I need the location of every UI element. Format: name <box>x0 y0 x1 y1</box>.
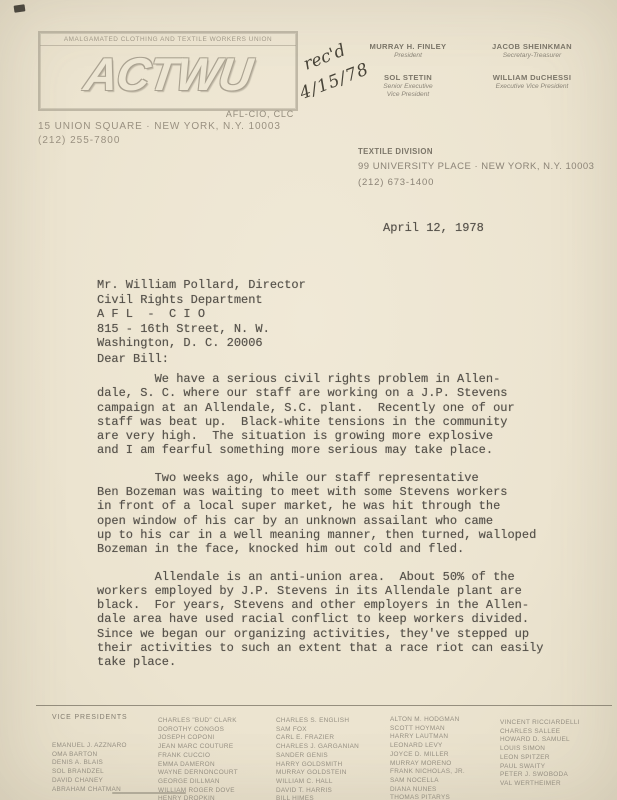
scan-speck <box>14 4 26 12</box>
vp-name: CHARLES J. GARGANIAN <box>276 743 388 752</box>
vp-name: SOL BRANDZEL <box>52 768 164 777</box>
officer-name: SOL STETIN <box>352 73 464 82</box>
vp-name: ABRAHAM CHATMAN <box>52 786 164 795</box>
officer-title: Executive Vice President <box>464 83 600 91</box>
salutation: Dear Bill: <box>97 352 169 366</box>
vp-name: ALTON M. HODGMAN <box>390 716 502 725</box>
vp-name: DIANA NUNES <box>390 786 502 795</box>
footer-divider <box>36 705 612 706</box>
vp-name: HARRY LAUTMAN <box>390 733 502 742</box>
vp-name: EMANUEL J. AZZNARO <box>52 742 164 751</box>
vp-name: MURRAY GOLDSTEIN <box>276 769 388 778</box>
hq-phone: (212) 255-7800 <box>38 135 120 146</box>
actwu-logo: AMALGAMATED CLOTHING AND TEXTILE WORKERS… <box>38 31 298 111</box>
officer-name: MURRAY H. FINLEY <box>352 42 464 51</box>
textile-division-phone: (212) 673-1400 <box>358 177 594 188</box>
vp-name: CHARLES "BUD" CLARK <box>158 717 270 726</box>
vp-name: JOSEPH COPONI <box>158 734 270 743</box>
vp-name: JEAN MARC COUTURE <box>158 743 270 752</box>
paragraph-3: Allendale is an anti-union area. About 5… <box>97 570 567 670</box>
vp-column-4: ALTON M. HODGMANSCOTT HOYMANHARRY LAUTMA… <box>390 716 502 800</box>
vice-presidents-heading: VICE PRESIDENTS <box>52 714 128 721</box>
officer-title: Secretary-Treasurer <box>464 52 600 60</box>
union-name-text: AMALGAMATED CLOTHING AND TEXTILE WORKERS… <box>40 33 296 46</box>
vp-name: LEONARD LEVY <box>390 742 502 751</box>
actwu-acronym-text: ACTWU <box>36 46 300 102</box>
vp-name: PETER J. SWOBODA <box>500 771 612 780</box>
vp-column-1: EMANUEL J. AZZNAROOMA BARTONDENIS A. BLA… <box>52 742 164 794</box>
vp-name: BILL HIMES <box>276 795 388 800</box>
vp-name: JOYCE D. MILLER <box>390 751 502 760</box>
vp-name: DOROTHY CONGOS <box>158 726 270 735</box>
paragraph-1: We have a serious civil rights problem i… <box>97 372 567 458</box>
vp-name: MURRAY MORENO <box>390 760 502 769</box>
affiliation-text: AFL-CIO, CLC <box>38 109 294 119</box>
officer-stetin: SOL STETIN Senior Executive Vice Preside… <box>352 73 464 99</box>
vp-name: CHARLES SALLEE <box>500 728 612 737</box>
vp-name: OMA BARTON <box>52 751 164 760</box>
textile-division-label: TEXTILE DIVISION <box>358 147 594 156</box>
officer-name: WILLIAM DuCHESSI <box>464 73 600 82</box>
textile-division-block: TEXTILE DIVISION 99 UNIVERSITY PLACE · N… <box>358 147 594 188</box>
vp-name: THOMAS PITARYS <box>390 794 502 800</box>
hq-address: 15 UNION SQUARE · NEW YORK, N.Y. 10003 <box>38 121 281 132</box>
vp-name: WILLIAM C. HALL <box>276 778 388 787</box>
vp-name: DAVID CHANEY <box>52 777 164 786</box>
vp-name: VINCENT RICCIARDELLI <box>500 719 612 728</box>
vp-name: CHARLES S. ENGLISH <box>276 717 388 726</box>
vp-name: GEORGE DILLMAN <box>158 778 270 787</box>
paragraph-2: Two weeks ago, while our staff represent… <box>97 471 567 557</box>
vp-name: FRANK NICHOLAS, JR. <box>390 768 502 777</box>
vp-name: EMMA DAMERON <box>158 761 270 770</box>
officer-finley: MURRAY H. FINLEY President <box>352 42 464 60</box>
letter-page: AMALGAMATED CLOTHING AND TEXTILE WORKERS… <box>0 0 617 800</box>
textile-division-address: 99 UNIVERSITY PLACE · NEW YORK, N.Y. 100… <box>358 161 594 172</box>
letter-body: We have a serious civil rights problem i… <box>97 372 567 683</box>
vp-name: DAVID T. HARRIS <box>276 787 388 796</box>
officer-sheinkman: JACOB SHEINKMAN Secretary-Treasurer <box>464 42 600 60</box>
vp-name: SAM NOCELLA <box>390 777 502 786</box>
vp-name: WILLIAM ROGER DOVE <box>158 787 270 796</box>
vp-name: DENIS A. BLAIS <box>52 759 164 768</box>
officer-name: JACOB SHEINKMAN <box>464 42 600 51</box>
vp-name: VAL WERTHEIMER <box>500 780 612 789</box>
vp-name: SCOTT HOYMAN <box>390 725 502 734</box>
vp-name: LOUIS SIMON <box>500 745 612 754</box>
vp-name: FRANK CUCCIO <box>158 752 270 761</box>
officer-title: Senior Executive Vice President <box>352 83 464 99</box>
vp-name: SAM FOX <box>276 726 388 735</box>
letter-date: April 12, 1978 <box>383 221 484 235</box>
vp-name: PAUL SWAITY <box>500 763 612 772</box>
vp-column-5: VINCENT RICCIARDELLICHARLES SALLEEHOWARD… <box>500 719 612 789</box>
vp-name: HOWARD D. SAMUEL <box>500 736 612 745</box>
officers-block: MURRAY H. FINLEY President JACOB SHEINKM… <box>352 42 600 99</box>
recipient-address: Mr. William Pollard, Director Civil Righ… <box>97 278 306 351</box>
vp-name: LEON SPITZER <box>500 754 612 763</box>
vp-name: SANDER GENIS <box>276 752 388 761</box>
officer-duchessi: WILLIAM DuCHESSI Executive Vice Presiden… <box>464 73 600 99</box>
vp-name: HARRY GOLDSMITH <box>276 761 388 770</box>
vp-name: HENRY DROPKIN <box>158 795 270 800</box>
vp-name: CARL E. FRAZIER <box>276 734 388 743</box>
officer-title: President <box>352 52 464 60</box>
vp-column-2: CHARLES "BUD" CLARKDOROTHY CONGOSJOSEPH … <box>158 717 270 800</box>
vp-column-3: CHARLES S. ENGLISHSAM FOXCARL E. FRAZIER… <box>276 717 388 800</box>
vp-name: WAYNE DERNONCOURT <box>158 769 270 778</box>
